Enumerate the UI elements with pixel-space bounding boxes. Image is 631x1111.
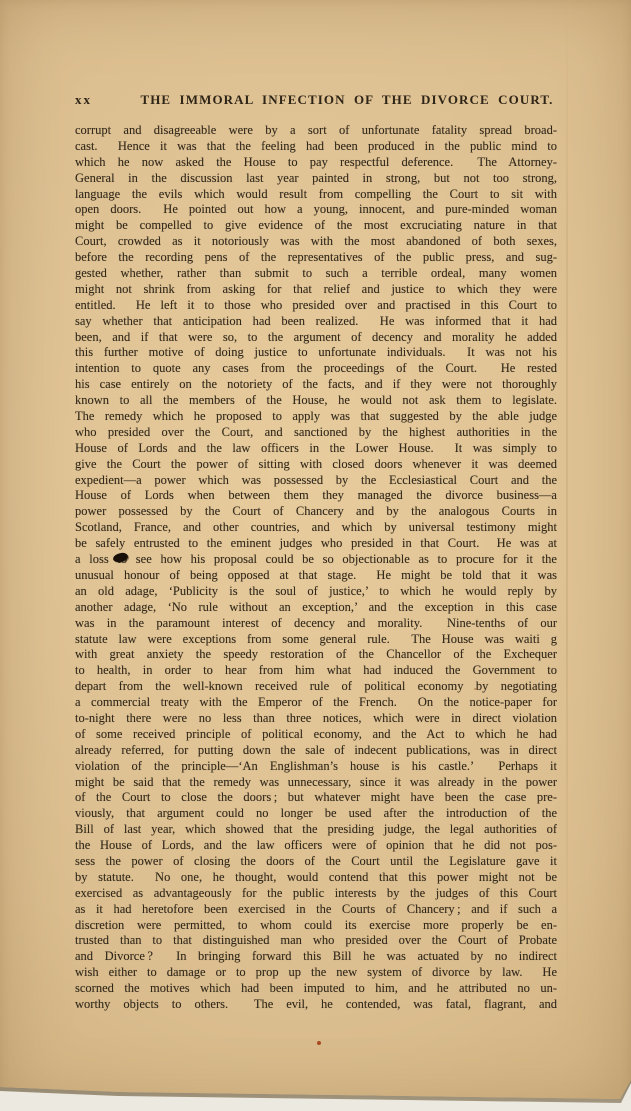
text-line: open doors. He pointed out how a young, … bbox=[75, 202, 557, 218]
text-line: an old adage, ‘Publicity is the soul of … bbox=[75, 584, 557, 600]
text-line: statute law were exceptions from some ge… bbox=[75, 632, 557, 648]
text-line: General in the discussion last year pain… bbox=[75, 171, 557, 187]
text-line: his case entirely on the notoriety of th… bbox=[75, 377, 557, 393]
text-line: viously, that argument could no longer b… bbox=[75, 806, 557, 822]
text-line: and Divorce ? In bringing forward this B… bbox=[75, 949, 557, 965]
paper-speck bbox=[317, 1041, 321, 1045]
text-line: Court, crowded as it notoriously was wit… bbox=[75, 234, 557, 250]
book-scan: xx THE IMMORAL INFECTION OF THE DIVORCE … bbox=[0, 0, 631, 1111]
text-line: be safely entrusted to the eminent judge… bbox=[75, 536, 557, 552]
running-header: xx THE IMMORAL INFECTION OF THE DIVORCE … bbox=[75, 92, 557, 108]
text-line: before the recording pens of the represe… bbox=[75, 250, 557, 266]
text-line: language the evils which would result fr… bbox=[75, 187, 557, 203]
text-line: a loss to see how his proposal could be … bbox=[75, 552, 557, 568]
text-line: which he now asked the House to pay resp… bbox=[75, 155, 557, 171]
text-line: give the Court the power of sitting with… bbox=[75, 457, 557, 473]
text-line: sess the power of closing the doors of t… bbox=[75, 854, 557, 870]
text-line: by statute. No one, he thought, would co… bbox=[75, 870, 557, 886]
text-line: intention to quote any cases from the pr… bbox=[75, 361, 557, 377]
text-line: might be said that the remedy was unnece… bbox=[75, 775, 557, 791]
text-line: Scotland, France, and other countries, a… bbox=[75, 520, 557, 536]
text-line: known to all the members of the House, h… bbox=[75, 393, 557, 409]
paper-speck bbox=[474, 688, 477, 690]
text-line: Bill of last year, which showed that the… bbox=[75, 822, 557, 838]
text-line: the House of Lords, and the law officers… bbox=[75, 838, 557, 854]
text-line: cast. Hence it was that the feeling had … bbox=[75, 139, 557, 155]
paper-speck bbox=[389, 141, 391, 143]
text-line: depart from the well-known received rule… bbox=[75, 679, 557, 695]
text-line: gested whether, rather than submit to su… bbox=[75, 266, 557, 282]
text-line: been, and if that were so, to the argume… bbox=[75, 330, 557, 346]
text-line: power possessed by the Court of Chancery… bbox=[75, 504, 557, 520]
page-number: xx bbox=[75, 92, 137, 108]
text-line: as it had heretofore been exercised in t… bbox=[75, 902, 557, 918]
text-line: unusual honour of being opposed at that … bbox=[75, 568, 557, 584]
text-line: of the Court to close the doors ; but wh… bbox=[75, 790, 557, 806]
text-line: to health, in order to hear from him wha… bbox=[75, 663, 557, 679]
text-line: another adage, ‘No rule without an excep… bbox=[75, 600, 557, 616]
fold-crease-line bbox=[566, 0, 568, 1040]
text-line: entitled. He left it to those who presid… bbox=[75, 298, 557, 314]
text-line: House of Lords and the law officers in t… bbox=[75, 441, 557, 457]
book-page: xx THE IMMORAL INFECTION OF THE DIVORCE … bbox=[0, 0, 631, 1111]
text-line: might not shrink from asking for that re… bbox=[75, 282, 557, 298]
text-line: to-night there were no less than three n… bbox=[75, 711, 557, 727]
text-line: The remedy which he proposed to apply wa… bbox=[75, 409, 557, 425]
text-line: already referred, for putting down the s… bbox=[75, 743, 557, 759]
text-line: discretion were permitted, to whom could… bbox=[75, 918, 557, 934]
text-line: who presided over the Court, and sanctio… bbox=[75, 425, 557, 441]
text-line: scorned the motives which had been imput… bbox=[75, 981, 557, 997]
text-line: violation of the principle—‘An Englishma… bbox=[75, 759, 557, 775]
text-line: might be compelled to give evidence of t… bbox=[75, 218, 557, 234]
text-line: corrupt and disagreeable were by a sort … bbox=[75, 123, 557, 139]
text-line: was in the paramount interest of decency… bbox=[75, 616, 557, 632]
running-title: THE IMMORAL INFECTION OF THE DIVORCE COU… bbox=[137, 92, 557, 108]
body-text: corrupt and disagreeable were by a sort … bbox=[75, 123, 557, 1013]
text-line: trusted than to that distinguished man w… bbox=[75, 933, 557, 949]
text-line: a commercial treaty with the Emperor of … bbox=[75, 695, 557, 711]
text-line: wish either to damage or to prop up the … bbox=[75, 965, 557, 981]
text-line: House of Lords when between them they ma… bbox=[75, 488, 557, 504]
text-line: expedient—a power which was possessed by… bbox=[75, 473, 557, 489]
text-line: this further motive of doing justice to … bbox=[75, 345, 557, 361]
text-line: exercised as advantageously for the publ… bbox=[75, 886, 557, 902]
text-line: worthy objects to others. The evil, he c… bbox=[75, 997, 557, 1013]
text-line: with great anxiety the speedy restoratio… bbox=[75, 647, 557, 663]
text-line: say whether that anticipation had been r… bbox=[75, 314, 557, 330]
text-line: of some received principle of political … bbox=[75, 727, 557, 743]
